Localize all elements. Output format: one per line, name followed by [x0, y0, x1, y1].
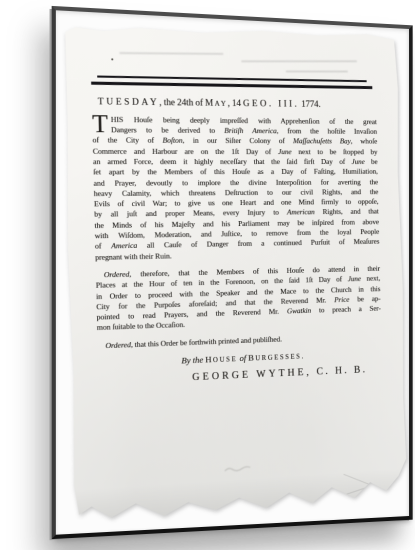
text-line: Commerce and Harbour are on the 1ſt Day … [93, 146, 378, 157]
ordered-attend-paragraph: Ordered, therefore, that the Members of … [95, 264, 381, 334]
text-segment: mon ſuitable to the Occaſion. [97, 320, 185, 332]
text-segment: , from the hoſtile Invaſion [277, 126, 378, 135]
text-segment: by all juſt and proper Means, every Inju… [94, 208, 287, 219]
text-segment: B [248, 352, 255, 362]
ink-speck [111, 58, 113, 60]
text-segment: GEO. III. [243, 98, 299, 109]
pencil-inscription [223, 463, 252, 475]
text-line: an armed Force, deem it highly neceſſary… [93, 157, 378, 168]
text-segment: Boſton [162, 136, 182, 145]
text-segment: Maſſachuſetts Bay [293, 137, 351, 146]
text-segment: America [111, 241, 137, 251]
text-segment: of the City of [92, 136, 162, 146]
text-segment: to preach a Ser- [311, 304, 381, 315]
printed-text-block: TUESDAY, the 24th of MAY, 14 GEO. III. 1… [91, 75, 382, 388]
text-segment: Commerce and Harbour are on the 1ſt Day … [93, 146, 278, 156]
text-segment: Dangers to be derived to [111, 125, 224, 135]
text-segment: be ap- [349, 294, 380, 304]
text-segment: pregnant with their Ruin. [95, 251, 172, 262]
resolution-paragraph: T HIS Houſe being deeply impreſſed with … [92, 114, 380, 263]
text-segment: Price [334, 295, 349, 304]
text-segment: By the [181, 354, 205, 365]
paper-crease [346, 485, 371, 494]
text-segment: June [348, 274, 361, 283]
text-segment: , whoſe [351, 137, 378, 146]
text-segment: , the 24th of [159, 97, 205, 108]
text-segment: URGESSES. [255, 353, 305, 362]
text-segment: M [205, 97, 215, 107]
mount-board: TUESDAY, the 24th of MAY, 14 GEO. III. 1… [56, 10, 409, 534]
text-segment: next to be ſtopped by [291, 147, 377, 156]
text-segment: , that this Order be forthwith printed a… [131, 334, 282, 349]
resolution-lines: HIS Houſe being deeply impreſſed with Ap… [92, 114, 380, 263]
framed-broadside: TUESDAY, the 24th of MAY, 14 GEO. III. 1… [52, 6, 413, 539]
ink-offset-smudge [286, 70, 348, 72]
text-segment: AY [215, 99, 228, 107]
text-segment: June [278, 147, 292, 156]
text-segment: TUESDAY [98, 96, 160, 107]
text-segment: GEORGE WYTHE, [192, 367, 312, 383]
text-segment: 1774. [299, 99, 321, 109]
text-segment: heavy Calamity, which threatens Deſtruct… [94, 187, 379, 198]
text-segment: of [95, 241, 112, 251]
text-segment: next, [361, 274, 380, 283]
dateline-heading: TUESDAY, the 24th of MAY, 14 GEO. III. 1… [91, 95, 376, 112]
text-segment: Ordered [104, 269, 130, 279]
text-segment: an armed Force, deem it highly neceſſary… [93, 157, 352, 166]
text-segment: C. H. B. [312, 364, 368, 377]
text-segment: HIS Houſe being deeply impreſſed with Ap… [111, 115, 377, 126]
text-segment: , in our Siſter Colony of [182, 136, 293, 145]
text-segment: Rights, and that [315, 207, 379, 216]
drop-cap: T [92, 114, 111, 134]
text-segment: June [351, 157, 364, 166]
top-rule [97, 76, 366, 83]
text-segment: be [365, 157, 378, 166]
photo-backdrop: TUESDAY, the 24th of MAY, 14 GEO. III. 1… [0, 0, 415, 550]
text-segment: , 14 [227, 98, 243, 108]
ink-offset-smudge [119, 52, 223, 55]
text-segment: Ordered [105, 340, 131, 350]
text-segment: Britiſh America [224, 126, 277, 135]
bottom-rule [91, 82, 372, 89]
text-segment: Gwatkin [287, 306, 311, 316]
text-segment: OUSE [213, 356, 238, 364]
text-segment: ſet apart by the Members of this Houſe a… [93, 167, 378, 177]
paper-wrap: TUESDAY, the 24th of MAY, 14 GEO. III. 1… [61, 23, 409, 525]
text-segment: and Prayer, devoutly to implore the divi… [93, 177, 378, 187]
text-segment: American [287, 208, 315, 217]
broadside-paper: TUESDAY, the 24th of MAY, 14 GEO. III. 1… [61, 23, 409, 525]
ink-offset-smudge [241, 60, 357, 62]
double-rule [91, 75, 376, 89]
